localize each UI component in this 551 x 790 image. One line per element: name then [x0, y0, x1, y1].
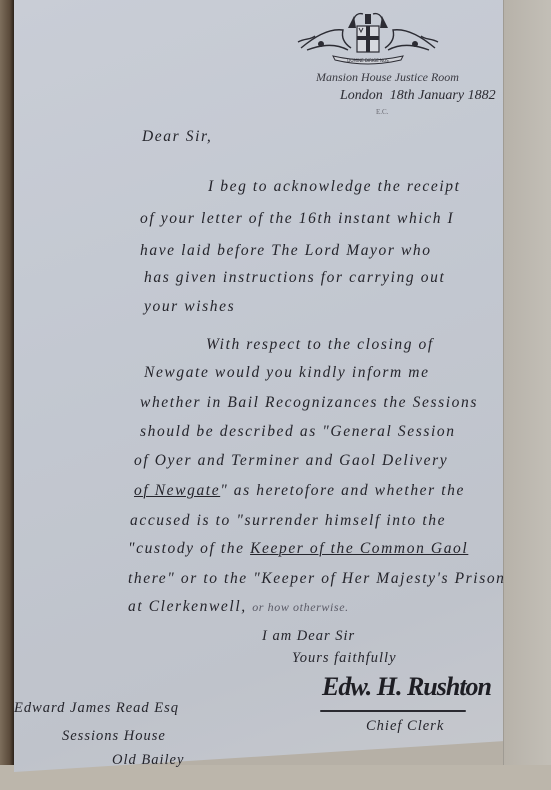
addressee-name: Edward James Read Esq — [14, 700, 179, 717]
body-line-15: at Clerkenwell, or how otherwise. — [128, 598, 349, 616]
body-line-8: whether in Bail Recognizances the Sessio… — [140, 394, 478, 412]
postal-district: E.C. — [376, 108, 388, 116]
letterhead-office: Mansion House Justice Room — [316, 70, 459, 85]
body-line-9: should be described as "General Session — [140, 423, 456, 441]
body-line-11: of Newgate" as heretofore and whether th… — [134, 482, 465, 500]
mount-mat-right — [503, 0, 551, 790]
body-line-7: Newgate would you kindly inform me — [144, 364, 430, 382]
body-line-1: I beg to acknowledge the receipt — [208, 178, 460, 196]
underlined-of-newgate: of Newgate — [134, 482, 220, 499]
signature: Edw. H. Rushton — [322, 672, 491, 702]
body-line-12: accused is to "surrender himself into th… — [130, 512, 446, 530]
closing-line-1: I am Dear Sir — [262, 628, 355, 645]
body-line-13-start: "custody of the — [128, 540, 250, 557]
body-line-14: there" or to the "Keeper of Her Majesty'… — [128, 570, 506, 588]
letter-sheet — [14, 0, 503, 772]
mount-mat-bottom — [0, 765, 551, 790]
salutation: Dear Sir, — [142, 128, 212, 146]
body-line-5: your wishes — [144, 298, 235, 316]
body-line-6: With respect to the closing of — [206, 336, 434, 354]
addressee-line-3: Old Bailey — [112, 752, 184, 769]
body-line-15-start: at Clerkenwell, — [128, 598, 252, 615]
body-line-2: of your letter of the 16th instant which… — [140, 210, 454, 228]
frame-edge-left — [0, 0, 14, 790]
body-line-3: have laid before The Lord Mayor who — [140, 242, 432, 260]
city-crest-icon: DOMINE DIRIGE NOS — [293, 8, 443, 68]
body-line-10: of Oyer and Terminer and Gaol Delivery — [134, 452, 448, 470]
body-line-11-rest: " as heretofore and whether the — [220, 482, 465, 499]
date-text: 18th January 1882 — [390, 88, 496, 103]
addressee-line-2: Sessions House — [62, 728, 166, 745]
faint-insert: or how otherwise. — [252, 600, 349, 614]
svg-text:DOMINE DIRIGE NOS: DOMINE DIRIGE NOS — [347, 58, 389, 63]
signatory-title: Chief Clerk — [366, 718, 444, 735]
letter-dateline: London 18th January 1882 — [340, 88, 496, 104]
closing-line-2: Yours faithfully — [292, 650, 397, 667]
underlined-keeper-common-gaol: Keeper of the Common Gaol — [250, 540, 468, 557]
body-line-4: has given instructions for carrying out — [144, 269, 445, 287]
signature-underline — [320, 710, 466, 712]
body-line-13: "custody of the Keeper of the Common Gao… — [128, 540, 468, 558]
place-text: London — [340, 88, 383, 103]
